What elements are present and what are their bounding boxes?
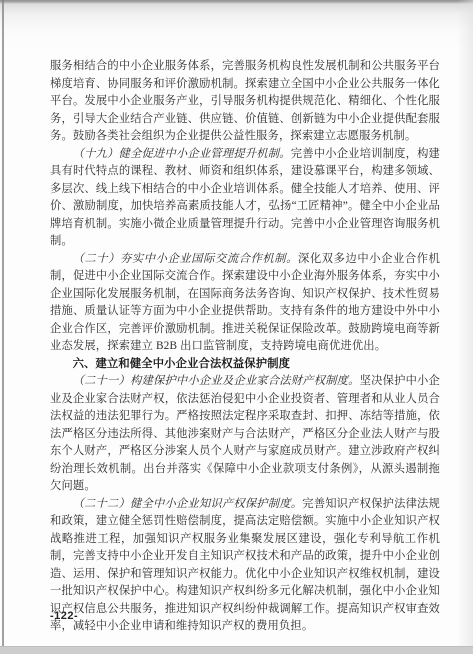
item-20-body: 深化双多边中小企业合作机制，促进中小企业国际交流合作。探索建设中小企业海外服务体… [50, 253, 440, 353]
page-left-edge-line [2, 0, 4, 654]
section-6-heading: 六、建立和健全中小企业合法权益保护制度 [50, 356, 440, 374]
item-21-paragraph: （二十一）构建保护中小企业及企业家合法财产权制度。坚决保护中小企业及企业家合法财… [50, 373, 440, 496]
page-bottom-edge [0, 646, 473, 654]
item-20-paragraph: （二十）夯实中小企业国际交流合作机制。深化双多边中小企业合作机制，促进中小企业国… [50, 251, 440, 356]
scanned-document-page: 服务相结合的中小企业服务体系，完善服务机构良性发展机制和公共服务平台梯度培育、协… [0, 0, 473, 654]
page-content: 服务相结合的中小企业服务体系，完善服务机构良性发展机制和公共服务平台梯度培育、协… [50, 58, 440, 636]
page-top-shadow [0, 0, 473, 50]
item-22-paragraph: （二十二）健全中小企业知识产权保护制度。完善知识产权保护法律法规和政策，建立健全… [50, 496, 440, 636]
item-21-body: 坚决保护中小企业及企业家合法财产权，依法惩治侵犯中小企业投资者、管理者和从业人员… [50, 375, 440, 492]
item-22-lead: （二十二）健全中小企业知识产权保护制度。 [73, 498, 303, 510]
item-19-paragraph: （十九）健全促进中小企业管理提升机制。完善中小企业培训制度，构建具有时代特点的课… [50, 146, 440, 251]
item-20-lead: （二十）夯实中小企业国际交流合作机制。 [73, 253, 298, 265]
continuation-paragraph: 服务相结合的中小企业服务体系，完善服务机构良性发展机制和公共服务平台梯度培育、协… [50, 58, 440, 146]
item-19-body: 完善中小企业培训制度，构建具有时代特点的课程、教材、师资和组织体系，建设慕课平台… [50, 148, 440, 248]
item-19-lead: （十九）健全促进中小企业管理提升机制。 [73, 148, 291, 160]
item-22-body: 完善知识产权保护法律法规和政策，建立健全惩罚性赔偿制度，提高法定赔偿额。实施中小… [50, 498, 440, 633]
item-21-lead: （二十一）构建保护中小企业及企业家合法财产权制度。 [73, 375, 360, 387]
page-right-shadow [457, 0, 473, 654]
page-number: -122- [50, 610, 78, 622]
